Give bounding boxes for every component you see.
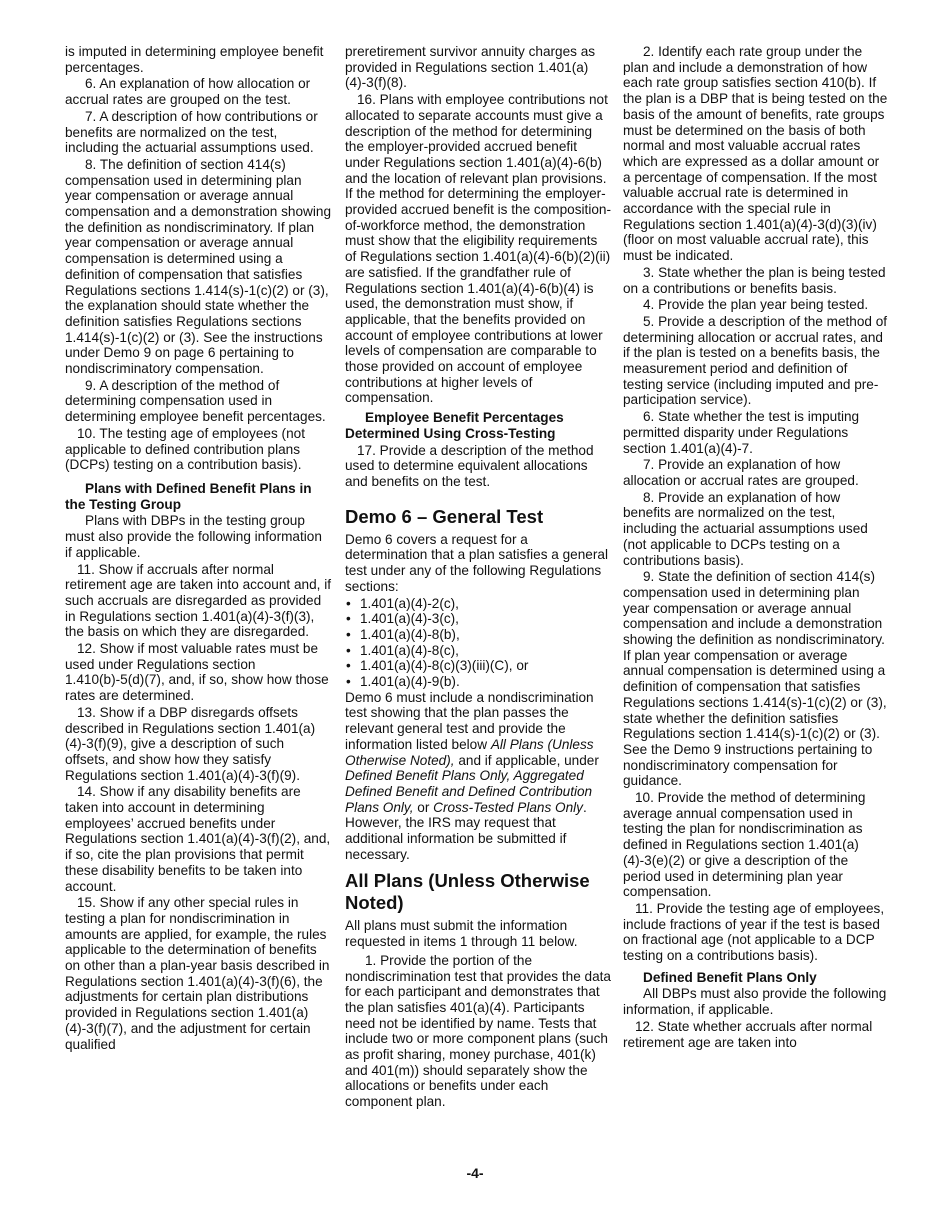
subheading-cross-testing: Employee Benefit Percentages Determined … xyxy=(345,410,611,441)
demo6-body: Demo 6 must include a nondiscrimination … xyxy=(345,690,611,863)
list-item: 1.401(a)(4)-3(c), xyxy=(345,611,611,627)
paragraph-continued: preretirement survivor annuity charges a… xyxy=(345,44,611,91)
item-9: 9. State the definition of section 414(s… xyxy=(623,569,889,789)
item-6: 6. State whether the test is imputing pe… xyxy=(623,409,889,456)
item-1: 1. Provide the portion of the nondiscrim… xyxy=(345,953,611,1110)
item-11: 11. Show if accruals after normal retire… xyxy=(65,562,331,641)
item-12: 12. State whether accruals after normal … xyxy=(623,1019,889,1050)
text-run: and if applicable, under xyxy=(455,753,599,768)
section-heading-demo-6: Demo 6 – General Test xyxy=(345,506,611,528)
subheading-dbp-testing-group: Plans with Defined Benefit Plans in the … xyxy=(65,481,331,512)
item-15: 15. Show if any other special rules in t… xyxy=(65,895,331,1052)
item-5: 5. Provide a description of the method o… xyxy=(623,314,889,408)
column-3: 2. Identify each rate group under the pl… xyxy=(623,44,889,1051)
item-16: 16. Plans with employee contributions no… xyxy=(345,92,611,406)
item-8: 8. The definition of section 414(s) comp… xyxy=(65,157,331,377)
list-item: 1.401(a)(4)-9(b). xyxy=(345,674,611,690)
column-1: is imputed in determining employee benef… xyxy=(65,44,331,1053)
list-item: 1.401(a)(4)-8(b), xyxy=(345,627,611,643)
item-12: 12. Show if most valuable rates must be … xyxy=(65,641,331,704)
item-2: 2. Identify each rate group under the pl… xyxy=(623,44,889,264)
page-number: -4- xyxy=(0,1165,950,1181)
subheading-dbp-only: Defined Benefit Plans Only xyxy=(623,970,889,986)
item-13: 13. Show if a DBP disregards offsets des… xyxy=(65,705,331,784)
all-plans-intro: All plans must submit the information re… xyxy=(345,918,611,949)
item-8: 8. Provide an explanation of how benefit… xyxy=(623,490,889,569)
text-run: or xyxy=(414,800,434,815)
section-heading-all-plans: All Plans (Unless Otherwise Noted) xyxy=(345,870,611,914)
item-17: 17. Provide a description of the method … xyxy=(345,443,611,490)
item-4: 4. Provide the plan year being tested. xyxy=(623,297,889,313)
item-7: 7. Provide an explanation of how allocat… xyxy=(623,457,889,488)
item-10: 10. The testing age of employees (not ap… xyxy=(65,426,331,473)
subheading-intro: All DBPs must also provide the following… xyxy=(623,986,889,1017)
paragraph-continued: is imputed in determining employee benef… xyxy=(65,44,331,75)
list-item: 1.401(a)(4)-8(c), xyxy=(345,643,611,659)
item-6: 6. An explanation of how allocation or a… xyxy=(65,76,331,107)
item-14: 14. Show if any disability benefits are … xyxy=(65,784,331,894)
italic-reference: Cross-Tested Plans Only xyxy=(433,800,583,815)
list-item: 1.401(a)(4)-2(c), xyxy=(345,596,611,612)
item-10: 10. Provide the method of determining av… xyxy=(623,790,889,900)
column-2: preretirement survivor annuity charges a… xyxy=(345,44,611,1111)
item-3: 3. State whether the plan is being teste… xyxy=(623,265,889,296)
demo6-intro: Demo 6 covers a request for a determinat… xyxy=(345,532,611,595)
item-7: 7. A description of how contributions or… xyxy=(65,109,331,156)
list-item: 1.401(a)(4)-8(c)(3)(iii)(C), or xyxy=(345,658,611,674)
subheading-intro: Plans with DBPs in the testing group mus… xyxy=(65,513,331,560)
item-9: 9. A description of the method of determ… xyxy=(65,378,331,425)
item-11: 11. Provide the testing age of employees… xyxy=(623,901,889,964)
regulations-list: 1.401(a)(4)-2(c), 1.401(a)(4)-3(c), 1.40… xyxy=(345,596,611,690)
